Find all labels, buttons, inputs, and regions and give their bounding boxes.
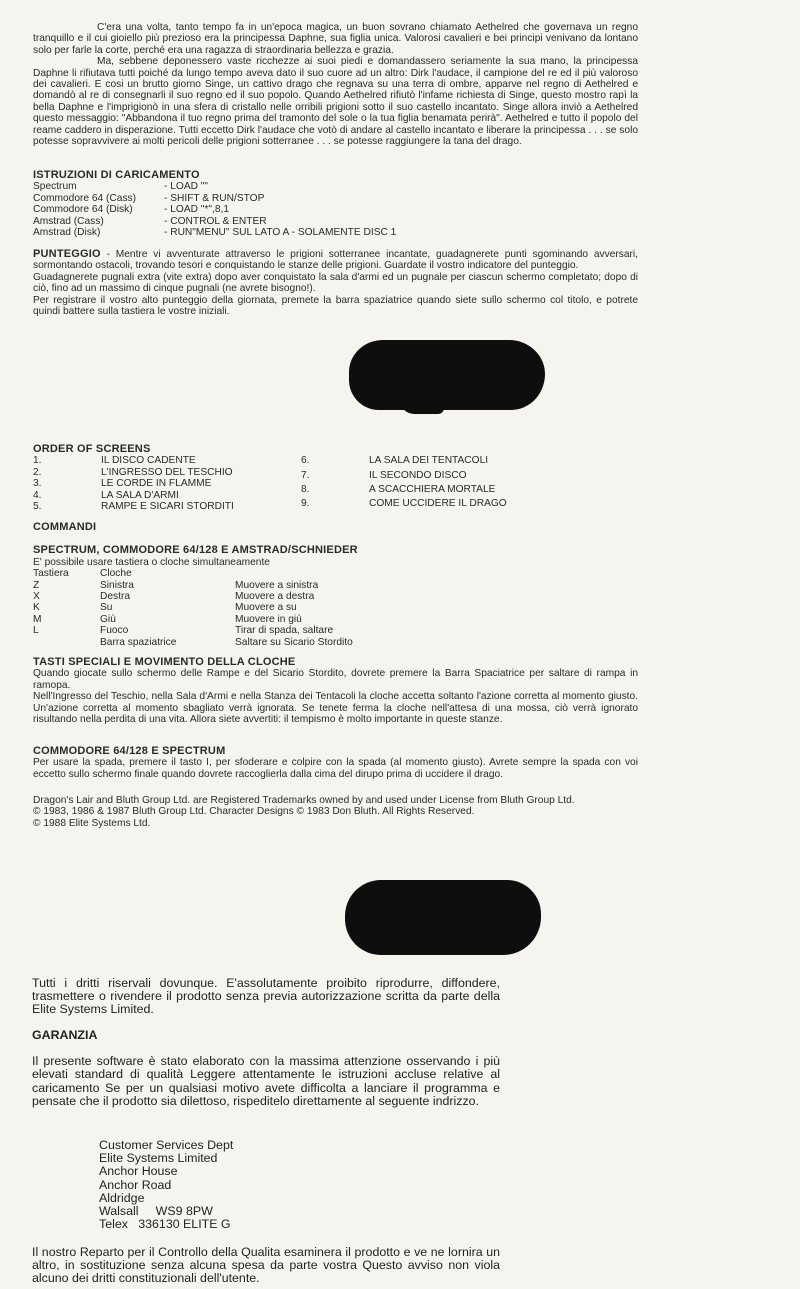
screen-number: 2. bbox=[33, 467, 101, 478]
scoring-paragraph: Guadagnerete pugnali extra (vite extra) … bbox=[33, 272, 638, 295]
screen-number: 8. bbox=[301, 484, 369, 498]
screen-item: 9.COME UCCIDERE IL DRAGO bbox=[301, 498, 569, 512]
address-block: Customer Services DeptElite Systems Limi… bbox=[99, 1139, 233, 1231]
screen-item: 4.LA SALA D'ARMI bbox=[33, 490, 301, 501]
command-row: ZSinistraMuovere a sinistra bbox=[33, 580, 353, 591]
command-joystick: Barra spaziatrice bbox=[100, 637, 235, 648]
loading-row: Commodore 64 (Cass)- SHIFT & RUN/STOP bbox=[33, 193, 396, 204]
screen-item: 5.RAMPE E SICARI STORDITI bbox=[33, 501, 301, 512]
load-instruction: - LOAD "" bbox=[164, 181, 396, 192]
address-line: Anchor House bbox=[99, 1165, 233, 1178]
screen-item: 8.A SCACCHIERA MORTALE bbox=[301, 484, 569, 498]
ink-blot bbox=[345, 880, 541, 955]
commands-title: COMMANDI bbox=[33, 522, 638, 533]
legal-notice: Dragon's Lair and Bluth Group Ltd. are R… bbox=[33, 795, 638, 829]
command-row: KSuMuovere a su bbox=[33, 602, 353, 613]
system-name: Amstrad (Cass) bbox=[33, 216, 164, 227]
commands-note: E' possibile usare tastiera o cloche sim… bbox=[33, 557, 638, 568]
load-instruction: - RUN"MENU" SUL LATO A - SOLAMENTE DISC … bbox=[164, 227, 396, 238]
warranty-section: GARANZIA Il presente software è stato el… bbox=[32, 1029, 500, 1108]
command-joystick: Su bbox=[100, 602, 235, 613]
command-key: K bbox=[33, 602, 100, 613]
screen-number: 6. bbox=[301, 455, 369, 469]
special-paragraph: Quando giocate sullo schermo delle Rampe… bbox=[33, 668, 638, 691]
command-key: M bbox=[33, 614, 100, 625]
scoring-paragraph: PUNTEGGIO - Mentre vi avventurate attrav… bbox=[33, 249, 638, 272]
load-instruction: - SHIFT & RUN/STOP bbox=[164, 193, 396, 204]
ink-blot bbox=[349, 340, 545, 410]
order-section: ORDER OF SCREENS 1.IL DISCO CADENTE2.L'I… bbox=[33, 444, 638, 512]
ink-blot-tail bbox=[400, 395, 444, 414]
order-list-right: 6.LA SALA DEI TENTACOLI7.IL SECONDO DISC… bbox=[301, 455, 569, 512]
command-action: Muovere a sinistra bbox=[235, 580, 353, 591]
intro-paragraph: C'era una volta, tanto tempo fa in un'ep… bbox=[33, 22, 638, 56]
command-row: XDestraMuovere a destra bbox=[33, 591, 353, 602]
legal-line: © 1988 Elite Systems Ltd. bbox=[33, 818, 638, 829]
command-row: Barra spaziatriceSaltare su Sicario Stor… bbox=[33, 637, 353, 648]
c64-paragraph: Per usare la spada, premere il tasto I, … bbox=[33, 757, 638, 780]
screen-name: L'INGRESSO DEL TESCHIO bbox=[101, 467, 301, 478]
legal-line: Dragon's Lair and Bluth Group Ltd. are R… bbox=[33, 795, 638, 806]
load-instruction: - CONTROL & ENTER bbox=[164, 216, 396, 227]
screen-item: 7.IL SECONDO DISCO bbox=[301, 470, 569, 484]
address-line: Anchor Road bbox=[99, 1179, 233, 1192]
system-name: Commodore 64 (Disk) bbox=[33, 204, 164, 215]
c64-section: COMMODORE 64/128 E SPECTRUM Per usare la… bbox=[33, 746, 638, 780]
screen-number: 9. bbox=[301, 498, 369, 512]
command-row: MGiùMuovere in giù bbox=[33, 614, 353, 625]
screen-number: 4. bbox=[33, 490, 101, 501]
screen-name: RAMPE E SICARI STORDITI bbox=[101, 501, 301, 512]
command-action: Muovere a su bbox=[235, 602, 353, 613]
column-header-key: Tastiera bbox=[33, 568, 100, 579]
screen-item: 2.L'INGRESSO DEL TESCHIO bbox=[33, 467, 301, 478]
special-paragraph: Nell'Ingresso del Teschio, nella Sala d'… bbox=[33, 691, 638, 725]
system-name: Commodore 64 (Cass) bbox=[33, 193, 164, 204]
screen-item: 1.IL DISCO CADENTE bbox=[33, 455, 301, 466]
warranty-title: GARANZIA bbox=[32, 1029, 500, 1042]
loading-row: Spectrum- LOAD "" bbox=[33, 181, 396, 192]
screen-name: LA SALA DEI TENTACOLI bbox=[369, 455, 569, 469]
warranty-paragraph: Il nostro Reparto per il Controllo della… bbox=[32, 1246, 500, 1286]
loading-title: ISTRUZIONI DI CARICAMENTO bbox=[33, 170, 638, 181]
screen-name: LE CORDE IN FLAMME bbox=[101, 478, 301, 489]
warranty-paragraph: Il presente software è stato elaborato c… bbox=[32, 1055, 500, 1108]
loading-section: ISTRUZIONI DI CARICAMENTO Spectrum- LOAD… bbox=[33, 170, 638, 238]
command-joystick: Giù bbox=[100, 614, 235, 625]
screen-number: 7. bbox=[301, 470, 369, 484]
system-name: Amstrad (Disk) bbox=[33, 227, 164, 238]
screen-number: 1. bbox=[33, 455, 101, 466]
scoring-section: PUNTEGGIO - Mentre vi avventurate attrav… bbox=[33, 249, 638, 317]
loading-table: Spectrum- LOAD ""Commodore 64 (Cass)- SH… bbox=[33, 181, 396, 238]
loading-row: Commodore 64 (Disk)- LOAD "*",8,1 bbox=[33, 204, 396, 215]
command-key: L bbox=[33, 625, 100, 636]
command-joystick: Fuoco bbox=[100, 625, 235, 636]
scoring-paragraph: Per registrare il vostro alto punteggio … bbox=[33, 295, 638, 318]
command-joystick: Destra bbox=[100, 591, 235, 602]
screen-name: LA SALA D'ARMI bbox=[101, 490, 301, 501]
commands-subtitle: SPECTRUM, COMMODORE 64/128 E AMSTRAD/SCH… bbox=[33, 545, 638, 556]
command-action: Muovere a destra bbox=[235, 591, 353, 602]
special-title: TASTI SPECIALI E MOVIMENTO DELLA CLOCHE bbox=[33, 657, 638, 668]
loading-row: Amstrad (Cass)- CONTROL & ENTER bbox=[33, 216, 396, 227]
system-name: Spectrum bbox=[33, 181, 164, 192]
warranty-closing: Il nostro Reparto per il Controllo della… bbox=[32, 1246, 500, 1286]
command-key bbox=[33, 637, 100, 648]
command-row: LFuocoTirar di spada, saltare bbox=[33, 625, 353, 636]
command-action: Tirar di spada, saltare bbox=[235, 625, 353, 636]
screen-name: A SCACCHIERA MORTALE bbox=[369, 484, 569, 498]
special-section: TASTI SPECIALI E MOVIMENTO DELLA CLOCHE … bbox=[33, 657, 638, 725]
rights-notice: Tutti i dritti riservali dovunque. E'ass… bbox=[32, 977, 500, 1017]
commands-section: COMMANDI SPECTRUM, COMMODORE 64/128 E AM… bbox=[33, 522, 638, 648]
intro-paragraph: Ma, sebbene deponessero vaste ricchezze … bbox=[33, 56, 638, 147]
command-joystick: Sinistra bbox=[100, 580, 235, 591]
screen-name: IL SECONDO DISCO bbox=[369, 470, 569, 484]
command-key: Z bbox=[33, 580, 100, 591]
address-line: Telex 336130 ELITE G bbox=[99, 1218, 233, 1231]
scoring-title: PUNTEGGIO bbox=[33, 248, 101, 260]
screen-number: 5. bbox=[33, 501, 101, 512]
load-instruction: - LOAD "*",8,1 bbox=[164, 204, 396, 215]
intro-story: C'era una volta, tanto tempo fa in un'ep… bbox=[33, 22, 638, 147]
screen-item: 3.LE CORDE IN FLAMME bbox=[33, 478, 301, 489]
command-action: Saltare su Sicario Stordito bbox=[235, 637, 353, 648]
screen-number: 3. bbox=[33, 478, 101, 489]
screen-name: IL DISCO CADENTE bbox=[101, 455, 301, 466]
c64-title: COMMODORE 64/128 E SPECTRUM bbox=[33, 746, 638, 757]
order-title: ORDER OF SCREENS bbox=[33, 444, 638, 455]
command-key: X bbox=[33, 591, 100, 602]
order-list-left: 1.IL DISCO CADENTE2.L'INGRESSO DEL TESCH… bbox=[33, 455, 301, 512]
legal-line: © 1983, 1986 & 1987 Bluth Group Ltd. Cha… bbox=[33, 806, 638, 817]
screen-name: COME UCCIDERE IL DRAGO bbox=[369, 498, 569, 512]
commands-table: Tastiera Cloche ZSinistraMuovere a sinis… bbox=[33, 568, 353, 648]
command-action: Muovere in giù bbox=[235, 614, 353, 625]
screen-item: 6.LA SALA DEI TENTACOLI bbox=[301, 455, 569, 469]
column-header-joystick: Cloche bbox=[100, 568, 235, 579]
loading-row: Amstrad (Disk)- RUN"MENU" SUL LATO A - S… bbox=[33, 227, 396, 238]
